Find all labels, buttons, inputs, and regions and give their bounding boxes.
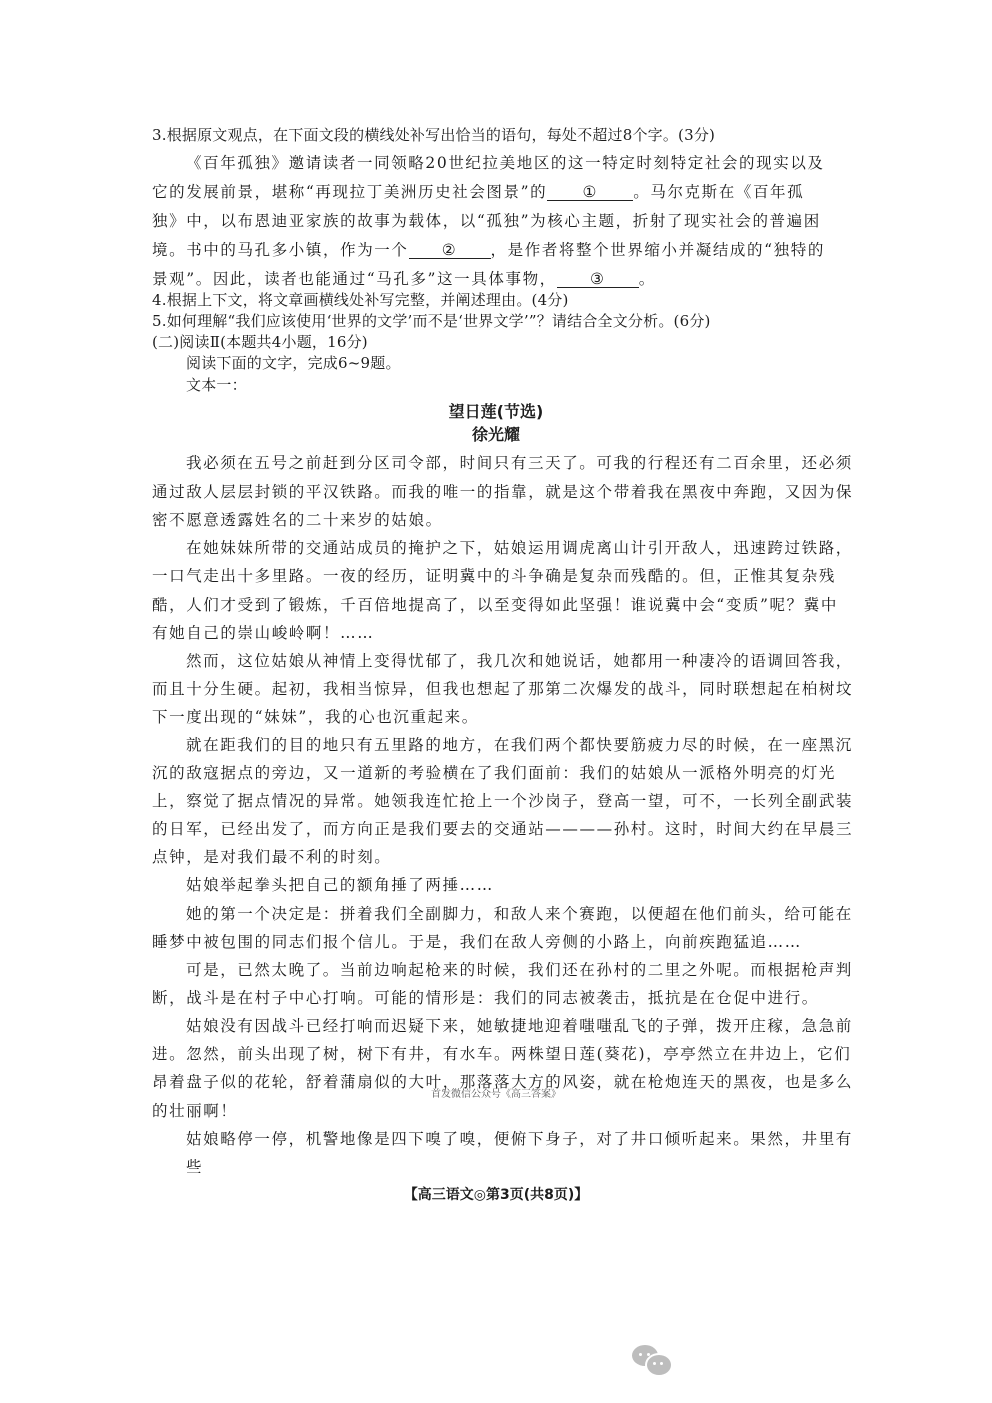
answer-blank-3: ③ [557,271,639,288]
article-line: 睡梦中被包围的同志们报个信儿。于是，我们在敌人旁侧的小路上，向前疾跑猛追…… [152,930,842,952]
article-line: 就在距我们的目的地只有五里路的地方，在我们两个都快要筋疲力尽的时候，在一座黑沉 [186,733,876,755]
article-author: 徐光耀 [0,422,992,445]
article-line: 进。忽然，前头出现了树，树下有井，有水车。两株望日莲(葵花)，亭亭然立在井边上，… [152,1042,842,1064]
article-line: 有她自己的崇山峻岭啊！…… [152,621,842,643]
article-title: 望日莲(节选) [0,399,992,422]
q3-passage-line: 《百年孤独》邀请读者一同领略20世纪拉美地区的这一特定时刻特定社会的现实以及 [186,151,876,173]
q3-passage-line: 景观”。因此，读者也能通过“马孔多”这一具体事物，③。 [152,267,842,289]
article-line: 些 [186,1155,876,1177]
article-line: 通过敌人层层封锁的平汉铁路。而我的唯一的指靠，就是这个带着我在黑夜中奔跑，又因为… [152,480,842,502]
watermark-text: 首发微信公众号《高三答案》 [0,1085,992,1100]
page-footer: 【高三语文◎第3页(共8页)】 [0,1184,992,1204]
question-5-prompt: 5.如何理解“我们应该使用‘世界的文学’而不是‘世界文学’”？请结合全文分析。(… [152,310,711,331]
q3-passage-line: 境。书中的马孔多小镇，作为一个②，是作者将整个世界缩小并凝结成的“独特的 [152,238,842,260]
article-line: 姑娘略停一停，机警地像是四下嗅了嗅，便俯下身子，对了井口倾听起来。果然，井里有 [186,1127,876,1149]
question-3-prompt: 3.根据原文观点，在下面文段的横线处补写出恰当的语句，每处不超过8个字。(3分) [152,124,715,145]
section-instruction: 阅读下面的文字，完成6~9题。 [186,352,401,373]
answer-blank-1: ① [547,184,633,201]
q3-passage-line: 它的发展前景，堪称“再现拉丁美洲历史社会图景”的①。马尔克斯在《百年孤 [152,180,842,202]
article-line: 上，察觉了据点情况的异常。她领我连忙抢上一个沙岗子，登高一望，可不，一长列全副武… [152,789,842,811]
article-line: 可是，已然太晚了。当前边响起枪来的时候，我们还在孙村的二里之外呢。而根据枪声判 [186,958,876,980]
article-line: 姑娘举起拳头把自己的额角捶了两捶…… [186,873,876,895]
article-line: 的日军，已经出发了，而方向正是我们要去的交通站————孙村。这时，时间大约在早晨… [152,817,842,839]
article-line: 的壮丽啊！ [152,1099,842,1121]
exam-page: 3.根据原文观点，在下面文段的横线处补写出恰当的语句，每处不超过8个字。(3分)… [0,0,992,1403]
q3-passage-line: 独》中，以布恩迪亚家族的故事为载体，以“孤独”为核心主题，折射了现实社会的普遍困 [152,209,842,231]
article-line: 下一度出现的“妹妹”，我的心也沉重起来。 [152,705,842,727]
article-line: 酷，人们才受到了锻炼，千百倍地提高了，以至变得如此坚强！谁说冀中会“变质”呢？冀… [152,593,842,615]
article-line: 沉的敌寇据点的旁边，又一道新的考验横在了我们面前：我们的姑娘从一派格外明亮的灯光 [152,761,842,783]
section-heading: (二)阅读Ⅱ(本题共4小题，16分) [152,331,368,352]
article-line: 而且十分生硬。起初，我相当惊异，但我也想起了那第二次爆发的战斗，同时联想起在柏树… [152,677,842,699]
question-4-prompt: 4.根据上下文，将文章画横线处补写完整，并阐述理由。(4分) [152,289,569,310]
article-line: 断，战斗是在村子中心打响。可能的情形是：我们的同志被袭击，抵抗是在仓促中进行。 [152,986,842,1008]
wechat-icon [632,1345,676,1379]
answer-blank-2: ② [409,242,491,259]
article-line: 姑娘没有因战斗已经打响而迟疑下来，她敏捷地迎着嗤嗤乱飞的子弹，拨开庄稼，急急前 [186,1014,876,1036]
article-line: 点钟，是对我们最不利的时刻。 [152,845,842,867]
article-line: 我必须在五号之前赶到分区司令部，时间只有三天了。可我的行程还有二百余里，还必须 [186,451,876,473]
article-line: 她的第一个决定是：拼着我们全副脚力，和敌人来个赛跑，以便超在他们前头，给可能在 [186,902,876,924]
article-line: 在她妹妹所带的交通站成员的掩护之下，姑娘运用调虎离山计引开敌人，迅速跨过铁路， [186,536,876,558]
text-label: 文本一： [186,374,247,395]
article-line: 然而，这位姑娘从神情上变得忧郁了，我几次和她说话，她都用一种凄冷的语调回答我， [186,649,876,671]
article-line: 密不愿意透露姓名的二十来岁的姑娘。 [152,508,842,530]
article-line: 一口气走出十多里路。一夜的经历，证明冀中的斗争确是复杂而残酷的。但，正惟其复杂残 [152,564,842,586]
